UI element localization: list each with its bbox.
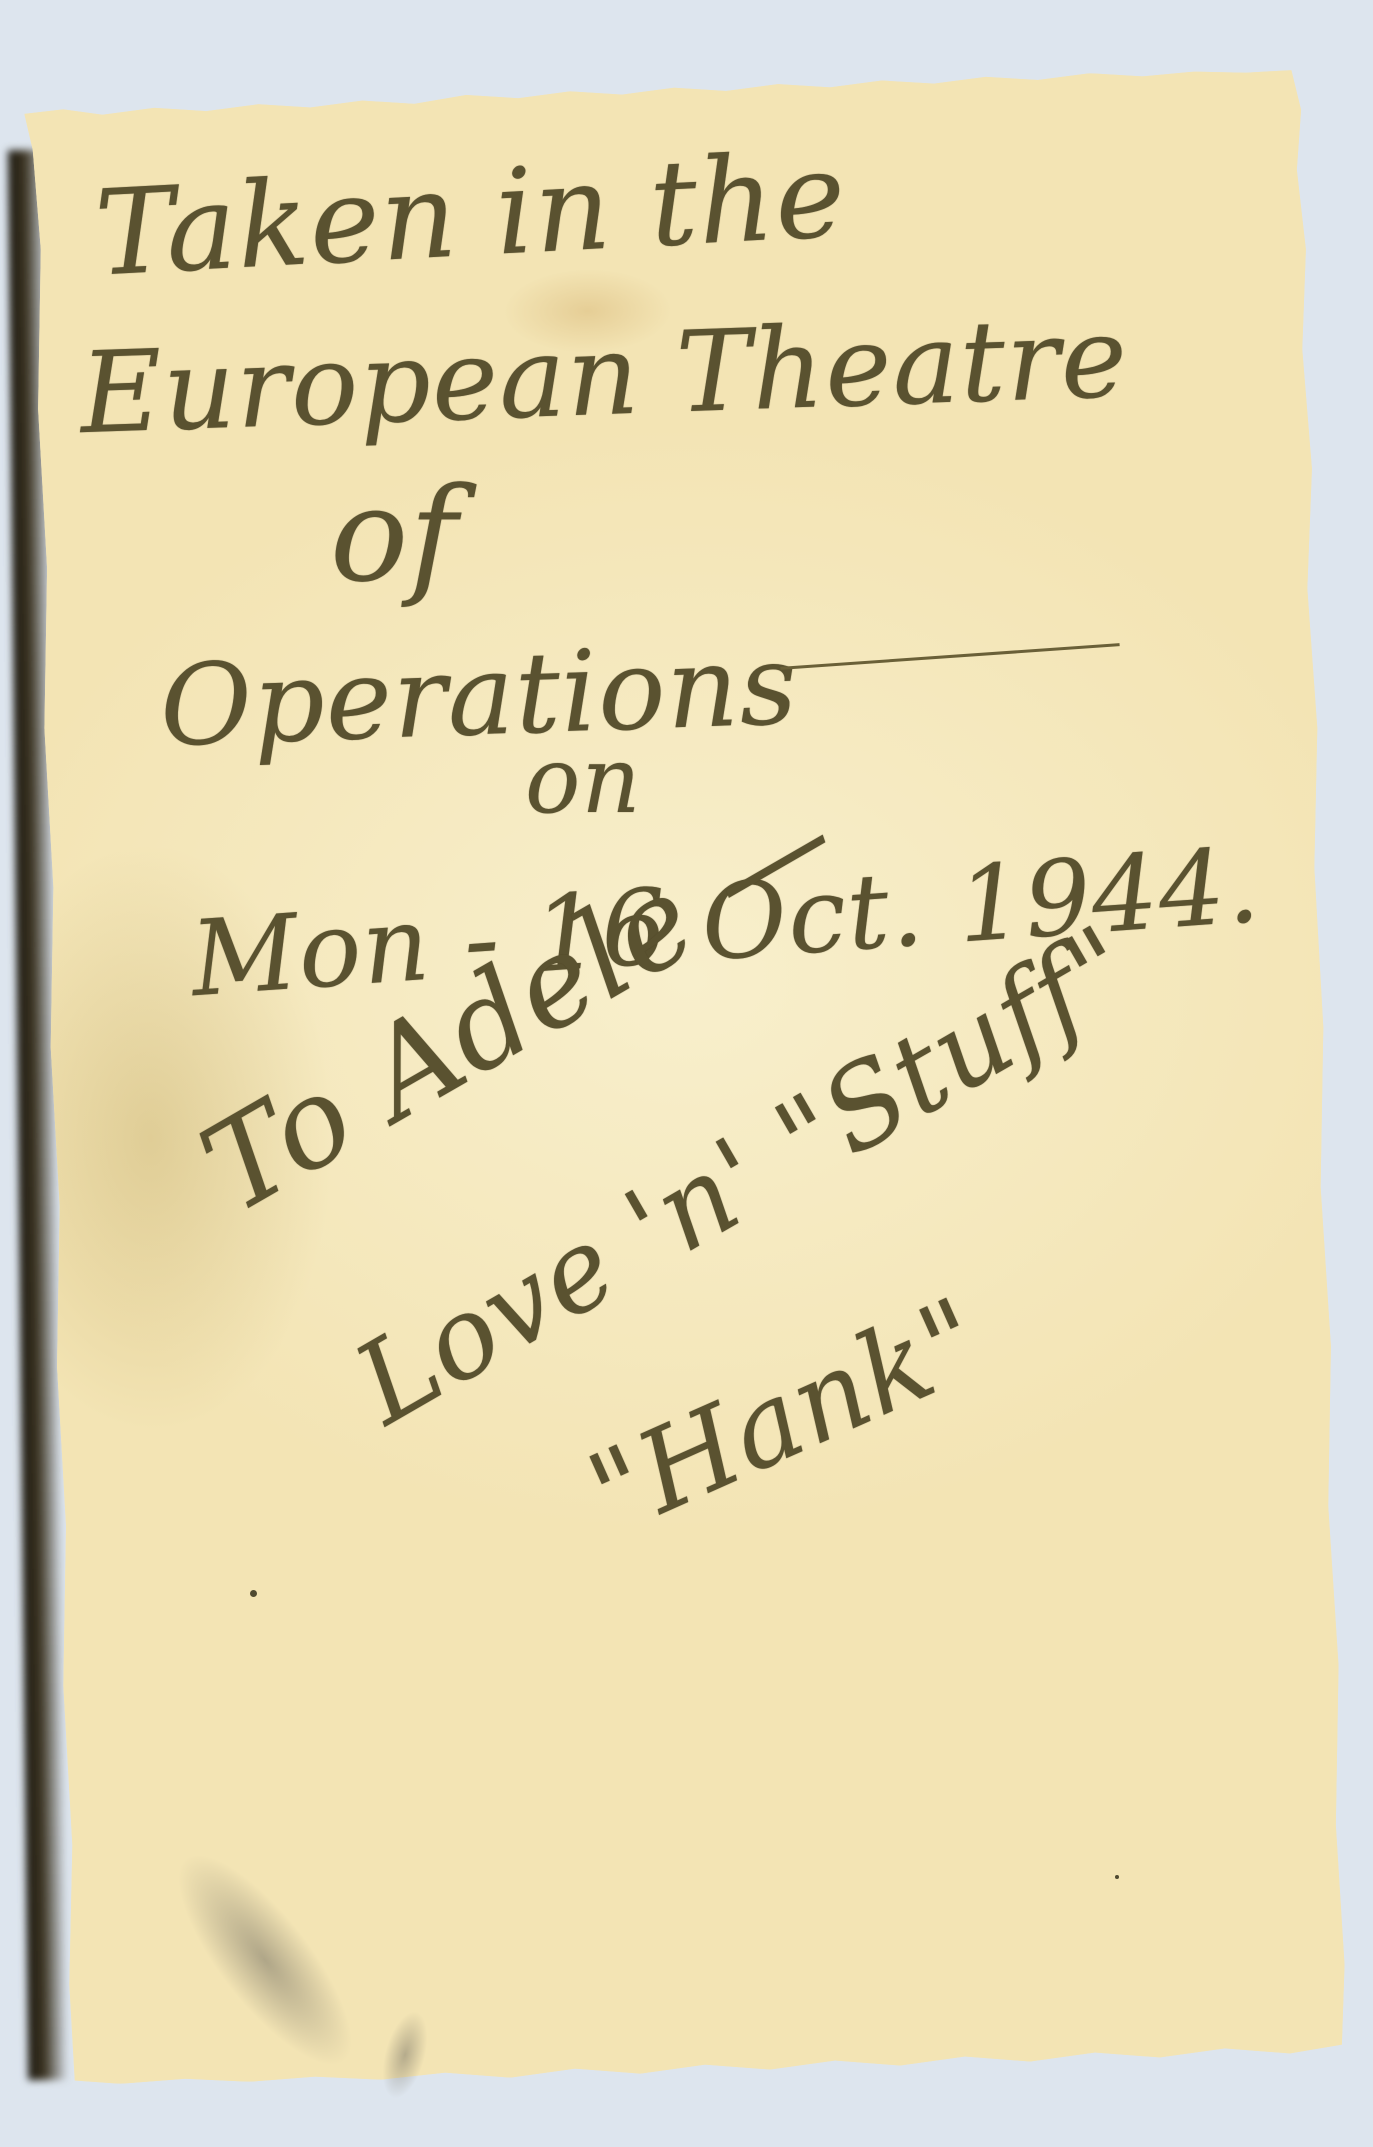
- ink-speck: [1115, 1875, 1119, 1879]
- inscription-line-on: on: [525, 735, 642, 827]
- inscription-line-european-theatre: European Theatre: [78, 302, 1129, 451]
- ink-speck: [250, 1590, 257, 1597]
- inscription-line-operations: Operations: [158, 629, 800, 763]
- inscription-line-of: of: [330, 470, 458, 600]
- inscription-line-taken-in-the: Taken in the: [92, 135, 848, 292]
